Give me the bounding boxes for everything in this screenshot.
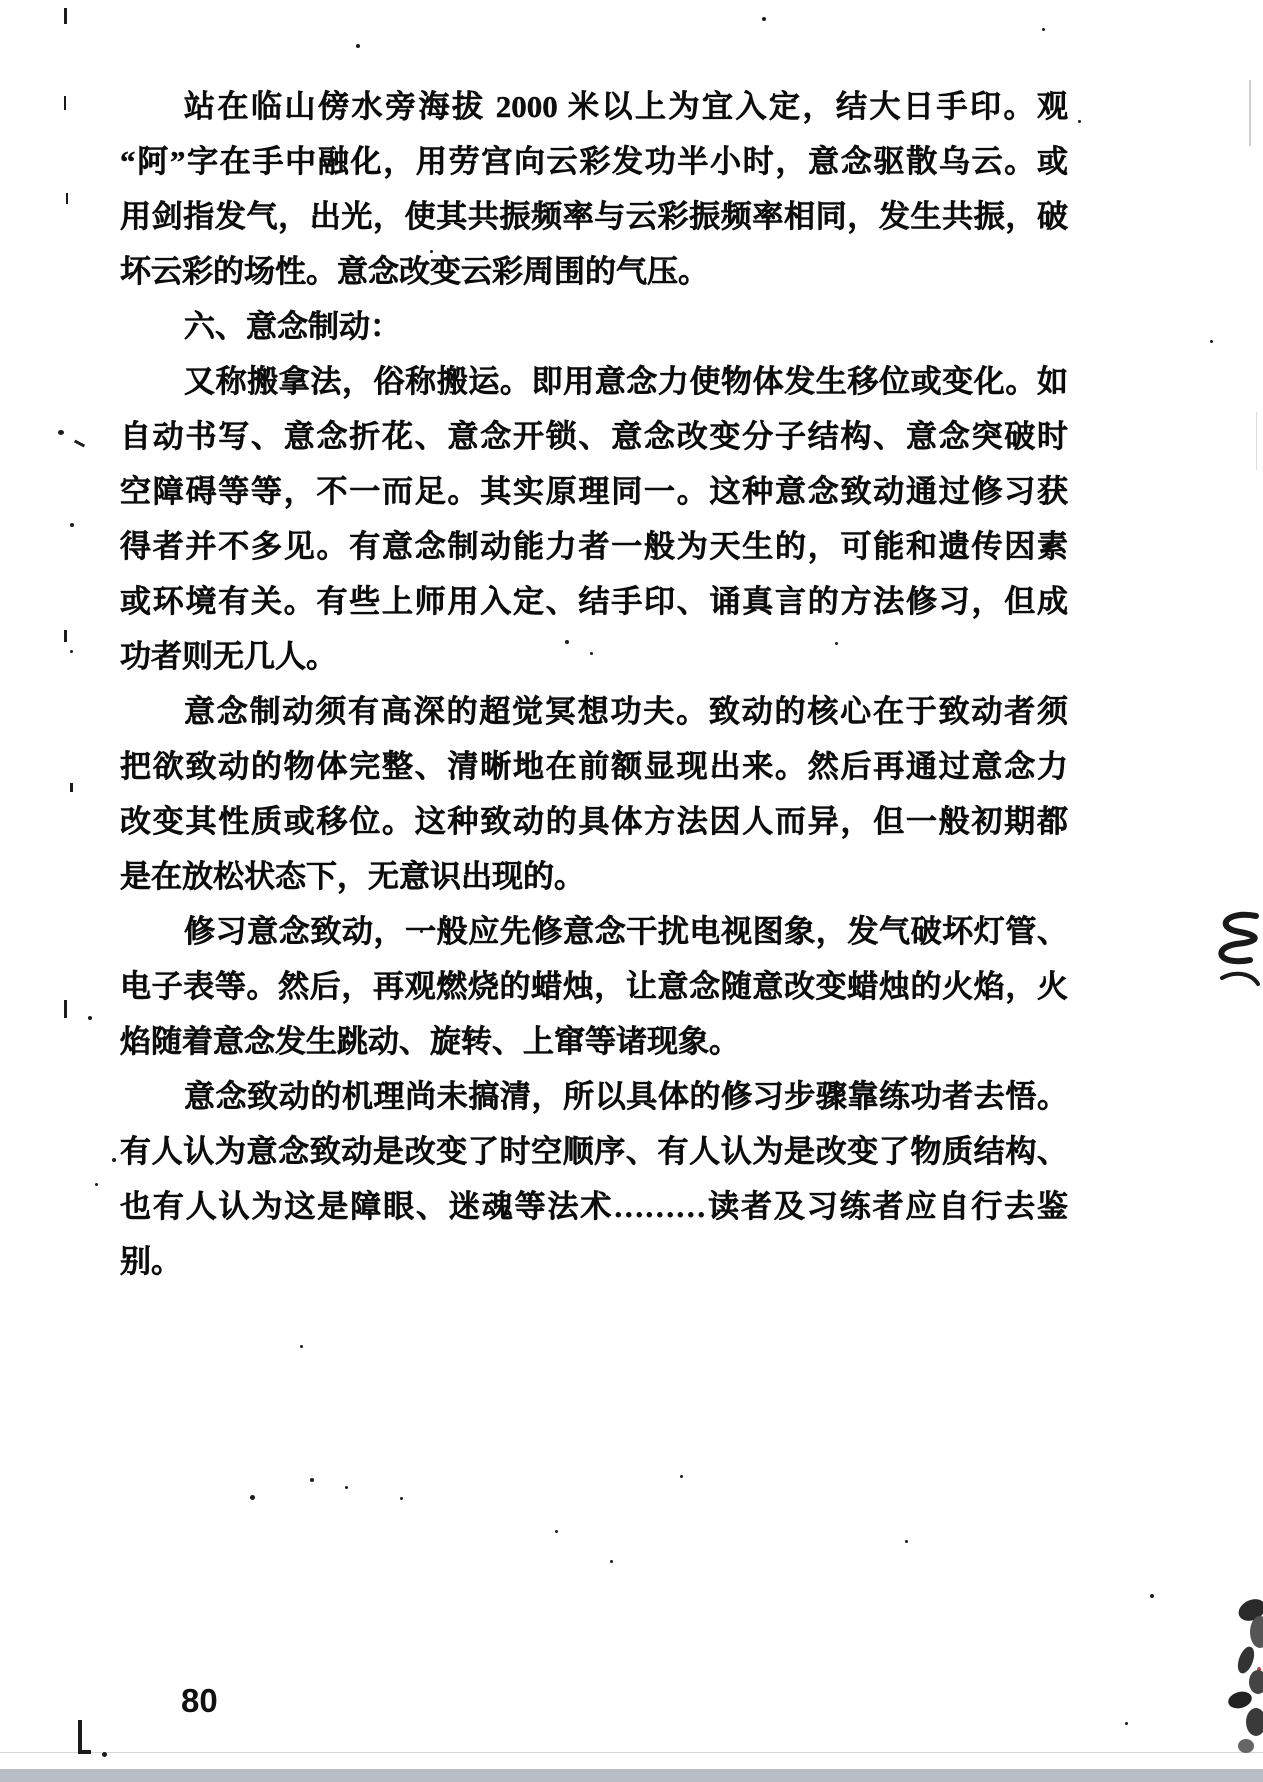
scan-margin-tick [70, 523, 74, 527]
text-line: 用剑指发气，出光，使其共振频率与云彩振频率相同，发生共振，破 [120, 189, 1068, 244]
scan-speck [610, 1560, 613, 1563]
scan-margin-tick [64, 8, 67, 24]
scan-speck [905, 1540, 908, 1543]
scan-speck [1210, 340, 1213, 343]
scan-speck [1042, 28, 1045, 31]
scan-speck [356, 44, 360, 48]
text-line: 坏云彩的场性。意念改变云彩周围的气压。 [120, 244, 1068, 299]
text-line: 别。 [120, 1234, 1068, 1289]
scan-margin-tick [64, 96, 66, 110]
text-line: 把欲致动的物体完整、清晰地在前额显现出来。然后再通过意念力 [120, 739, 1068, 794]
scan-speck [762, 17, 766, 21]
page-text: 站在临山傍水旁海拔 2000 米以上为宜入定，结大日手印。观“阿”字在手中融化，… [120, 79, 1068, 1289]
scan-speck [1150, 1594, 1154, 1598]
text-line: “阿”字在手中融化，用劳宫向云彩发功半小时，意念驱散乌云。或 [120, 134, 1068, 189]
scan-speck [1078, 120, 1081, 123]
text-line: 改变其性质或移位。这种致动的具体方法因人而异，但一般初期都 [120, 794, 1068, 849]
scan-speck [420, 930, 423, 933]
scan-margin-tick [66, 193, 68, 204]
scan-margin-tick [70, 783, 73, 792]
scan-speck [590, 652, 593, 655]
scan-corner-mark [78, 1750, 91, 1754]
scanned-page: 站在临山傍水旁海拔 2000 米以上为宜入定，结大日手印。观“阿”字在手中融化，… [0, 0, 1263, 1782]
text-line: 电子表等。然后，再观燃烧的蜡烛，让意念随意改变蜡烛的火焰，火 [120, 959, 1068, 1014]
scan-margin-tick [58, 430, 64, 435]
scan-margin-tick [74, 440, 85, 448]
scan-edge-line [1249, 80, 1251, 146]
text-line: 意念致动的机理尚未搞清，所以具体的修习步骤靠练功者去悟。 [120, 1069, 1068, 1124]
scan-corner-mark [78, 1720, 82, 1754]
page-number: 80 [181, 1682, 218, 1720]
scan-margin-tick [64, 630, 67, 642]
text-line: 修习意念致动，一般应先修意念干扰电视图象，发气破坏灯管、 [120, 904, 1068, 959]
scan-speck [112, 1158, 116, 1162]
text-line: 焰随着意念发生跳动、旋转、上窜等诸现象。 [120, 1014, 1068, 1069]
text-line: 空障碍等等，不一而足。其实原理同一。这种意念致动通过修习获 [120, 464, 1068, 519]
scan-squiggle-mark [1192, 908, 1263, 1004]
scan-bottom-band [0, 1769, 1263, 1782]
text-line: 又称搬拿法，俗称搬运。即用意念力使物体发生移位或变化。如 [120, 354, 1068, 409]
text-line: 也有人认为这是障眼、迷魂等法术………读者及习练者应自行去鉴 [120, 1179, 1068, 1234]
text-line: 自动书写、意念折花、意念开锁、意念改变分子结构、意念突破时 [120, 409, 1068, 464]
text-line: 功者则无几人。 [120, 629, 1068, 684]
scan-speck [400, 1497, 403, 1500]
scan-speck [555, 1530, 558, 1533]
scan-speck [430, 250, 433, 253]
scan-speck [250, 1495, 255, 1500]
scan-margin-tick [70, 650, 73, 653]
scan-corner-mark [102, 1752, 107, 1757]
scan-margin-tick [64, 1000, 67, 1018]
section-heading: 六、意念制动： [120, 299, 1068, 354]
text-line: 有人认为意念致动是改变了时空顺序、有人认为是改变了物质结构、 [120, 1124, 1068, 1179]
scan-speck [835, 642, 838, 645]
text-line: 是在放松状态下，无意识出现的。 [120, 849, 1068, 904]
text-line: 或环境有关。有些上师用入定、结手印、诵真言的方法修习，但成 [120, 574, 1068, 629]
scan-speck [1125, 1722, 1128, 1725]
scan-smudge-blob [1216, 1596, 1263, 1756]
scan-speck [310, 1478, 314, 1482]
scan-bottom-hairline [0, 1752, 1263, 1753]
scan-speck [345, 1486, 348, 1489]
text-line: 得者并不多见。有意念制动能力者一般为天生的，可能和遗传因素 [120, 519, 1068, 574]
text-line: 站在临山傍水旁海拔 2000 米以上为宜入定，结大日手印。观 [120, 79, 1068, 134]
scan-speck [680, 1475, 683, 1478]
text-line: 意念制动须有高深的超觉冥想功夫。致动的核心在于致动者须 [120, 684, 1068, 739]
scan-speck [300, 1345, 303, 1348]
scan-speck [95, 1183, 98, 1186]
scan-speck [565, 640, 569, 644]
scan-margin-tick [88, 1016, 92, 1020]
scan-edge-line [1256, 412, 1257, 470]
